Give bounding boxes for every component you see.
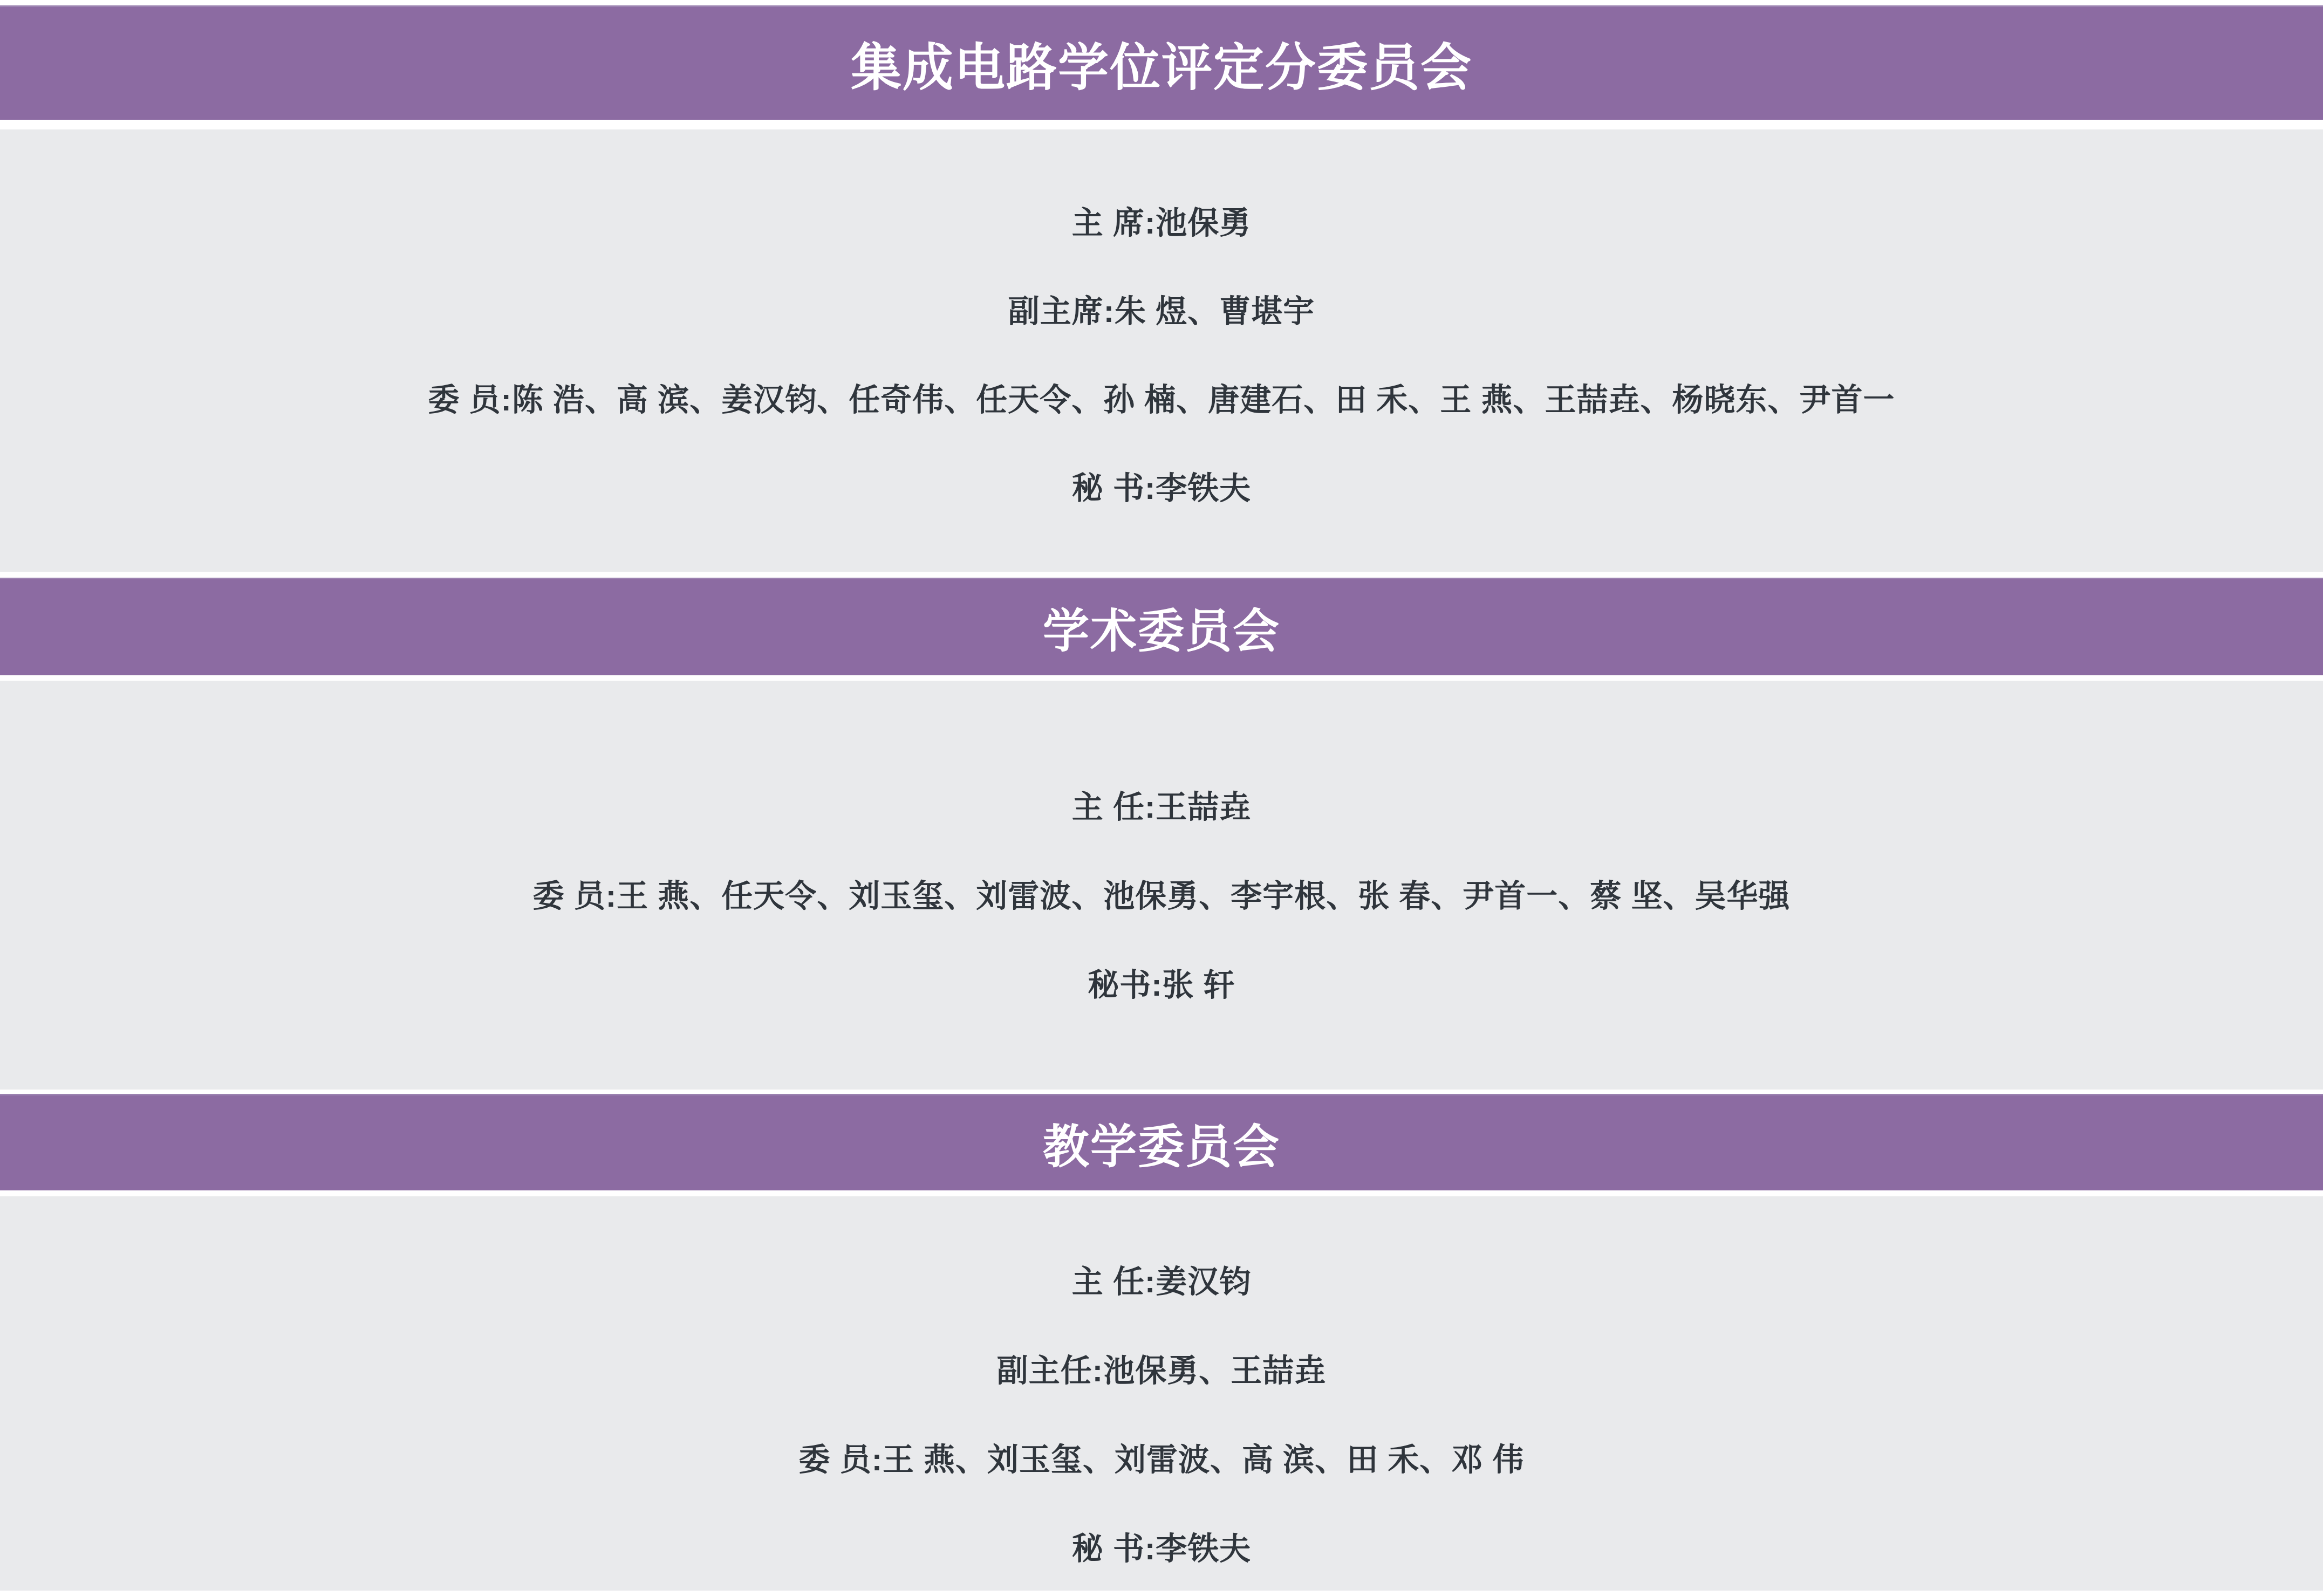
committee-line-chairman: 主 席:池保勇 xyxy=(0,176,2323,264)
section-body-degree-subcommittee: 主 席:池保勇 副主席:朱 煜、曹堪宇 委 员:陈 浩、高 滨、姜汉钧、任奇伟、… xyxy=(0,129,2323,572)
section-body-teaching: 主 任:姜汉钧 副主任:池保勇、王喆垚 委 员:王 燕、刘玉玺、刘雷波、高 滨、… xyxy=(0,1196,2323,1591)
section-title: 教学委员会 xyxy=(1043,1109,1280,1176)
committee-line-secretary: 秘 书:李铁夫 xyxy=(0,1501,2323,1590)
committee-line-vice-director: 副主任:池保勇、王喆垚 xyxy=(0,1323,2323,1412)
committee-section-academic: 学术委员会 主 任:王喆垚 委 员:王 燕、任天令、刘玉玺、刘雷波、池保勇、李宇… xyxy=(0,578,2323,1090)
committee-section-degree-subcommittee: 集成电路学位评定分委员会 主 席:池保勇 副主席:朱 煜、曹堪宇 委 员:陈 浩… xyxy=(0,5,2323,572)
committee-line-director: 主 任:姜汉钧 xyxy=(0,1234,2323,1323)
section-body-academic: 主 任:王喆垚 委 员:王 燕、任天令、刘玉玺、刘雷波、池保勇、李宇根、张 春、… xyxy=(0,681,2323,1090)
committee-line-secretary: 秘 书:李铁夫 xyxy=(0,441,2323,530)
committee-line-vice-chairman: 副主席:朱 煜、曹堪宇 xyxy=(0,264,2323,353)
committee-line-members: 委 员:王 燕、刘玉玺、刘雷波、高 滨、田 禾、邓 伟 xyxy=(0,1412,2323,1501)
section-header-academic: 学术委员会 xyxy=(0,578,2323,675)
committee-line-director: 主 任:王喆垚 xyxy=(0,759,2323,848)
committee-line-secretary: 秘书:张 轩 xyxy=(0,937,2323,1026)
committee-section-teaching: 教学委员会 主 任:姜汉钧 副主任:池保勇、王喆垚 委 员:王 燕、刘玉玺、刘雷… xyxy=(0,1094,2323,1591)
section-header-teaching: 教学委员会 xyxy=(0,1094,2323,1190)
section-header-degree-subcommittee: 集成电路学位评定分委员会 xyxy=(0,5,2323,120)
committee-line-members: 委 员:王 燕、任天令、刘玉玺、刘雷波、池保勇、李宇根、张 春、尹首一、蔡 坚、… xyxy=(0,848,2323,937)
section-title: 集成电路学位评定分委员会 xyxy=(851,27,1472,100)
section-title: 学术委员会 xyxy=(1043,594,1280,661)
committee-line-members: 委 员:陈 浩、高 滨、姜汉钧、任奇伟、任天令、孙 楠、唐建石、田 禾、王 燕、… xyxy=(0,353,2323,441)
